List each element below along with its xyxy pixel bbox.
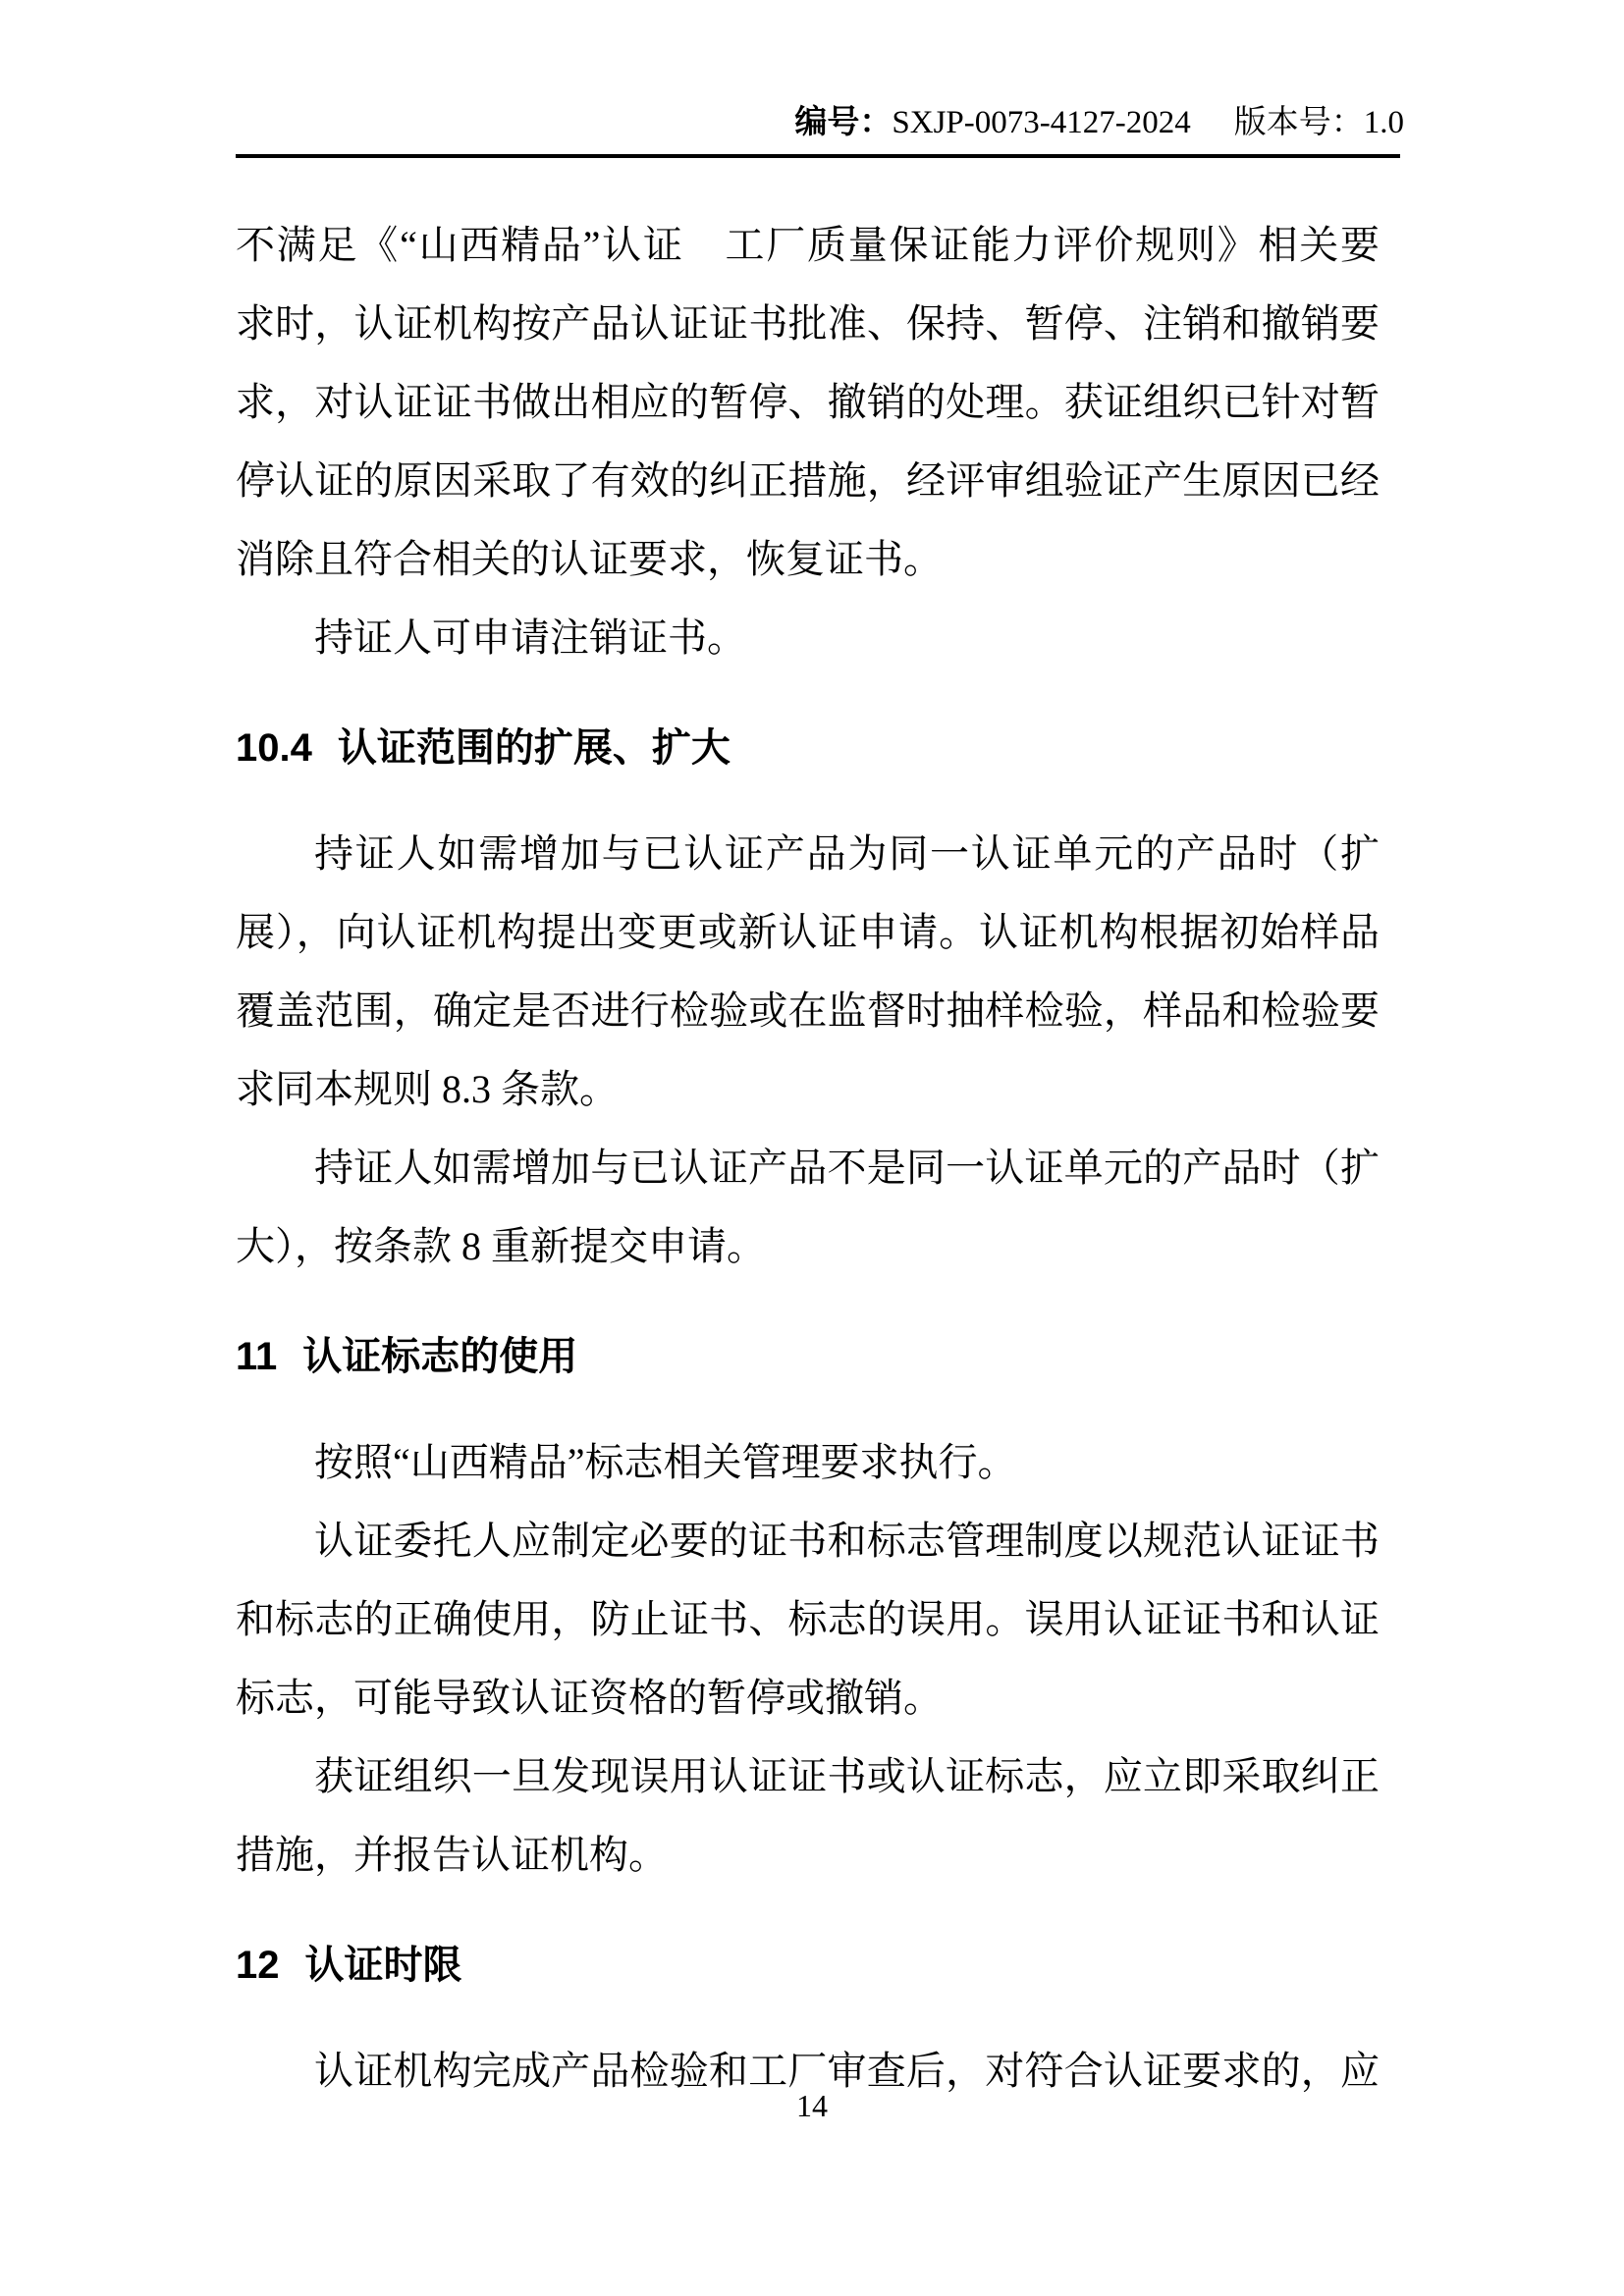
- text-line: 消除且符合相关的认证要求，恢复证书。: [236, 520, 1380, 599]
- doc-number-value: SXJP-0073-4127-2024: [892, 105, 1190, 140]
- section-heading: 12认证时限: [236, 1926, 1380, 2004]
- text-line: 和标志的正确使用，防止证书、标志的误用。误用认证证书和认证: [236, 1580, 1380, 1659]
- text-line: 停认证的原因采取了有效的纠正措施，经评审组验证产生原因已经: [236, 442, 1380, 520]
- text-line: 覆盖范围，确定是否进行检验或在监督时抽样检验，样品和检验要: [236, 972, 1380, 1050]
- document-page: 编号：SXJP-0073-4127-2024版本号：1.0 不满足《“山西精品”…: [0, 0, 1624, 2296]
- text-line: 求，对认证证书做出相应的暂停、撤销的处理。获证组织已针对暂: [236, 363, 1380, 442]
- section-heading: 11认证标志的使用: [236, 1317, 1380, 1396]
- text-line: 求同本规则 8.3 条款。: [236, 1050, 1380, 1129]
- heading-number: 10.4: [236, 726, 312, 770]
- text-line: 持证人如需增加与已认证产品不是同一认证单元的产品时（扩: [236, 1129, 1380, 1207]
- text-line: 持证人可申请注销证书。: [236, 599, 1380, 677]
- text-line: 按照“山西精品”标志相关管理要求执行。: [236, 1423, 1380, 1502]
- text-line: 持证人如需增加与已认证产品为同一认证单元的产品时（扩: [236, 815, 1380, 893]
- text-line: 获证组织一旦发现误用认证证书或认证标志，应立即采取纠正: [236, 1737, 1380, 1816]
- text-line: 求时，认证机构按产品认证证书批准、保持、暂停、注销和撤销要: [236, 285, 1380, 363]
- header-rule: [236, 154, 1400, 158]
- page-number: 14: [0, 2088, 1624, 2123]
- text-line: 认证委托人应制定必要的证书和标志管理制度以规范认证证书: [236, 1502, 1380, 1580]
- version-value: 1.0: [1364, 105, 1404, 140]
- text-line: 不满足《“山西精品”认证 工厂质量保证能力评价规则》相关要: [236, 206, 1380, 285]
- text-line: 大），按条款 8 重新提交申请。: [236, 1207, 1380, 1286]
- page-header: 编号：SXJP-0073-4127-2024版本号：1.0: [236, 99, 1404, 145]
- section-heading: 10.4认证范围的扩展、扩大: [236, 709, 1380, 787]
- heading-number: 12: [236, 1944, 280, 1987]
- text-line: 标志，可能导致认证资格的暂停或撤销。: [236, 1659, 1380, 1737]
- heading-title: 认证范围的扩展、扩大: [338, 726, 731, 770]
- text-line: 措施，并报告认证机构。: [236, 1816, 1380, 1895]
- text-line: 展），向认证机构提出变更或新认证申请。认证机构根据初始样品: [236, 893, 1380, 972]
- doc-number-label: 编号：: [794, 103, 892, 139]
- heading-title: 认证标志的使用: [302, 1335, 577, 1378]
- heading-number: 11: [236, 1335, 277, 1378]
- heading-title: 认证时限: [305, 1944, 462, 1987]
- version-label: 版本号：: [1234, 105, 1364, 140]
- document-body: 不满足《“山西精品”认证 工厂质量保证能力评价规则》相关要求时，认证机构按产品认…: [236, 206, 1380, 2110]
